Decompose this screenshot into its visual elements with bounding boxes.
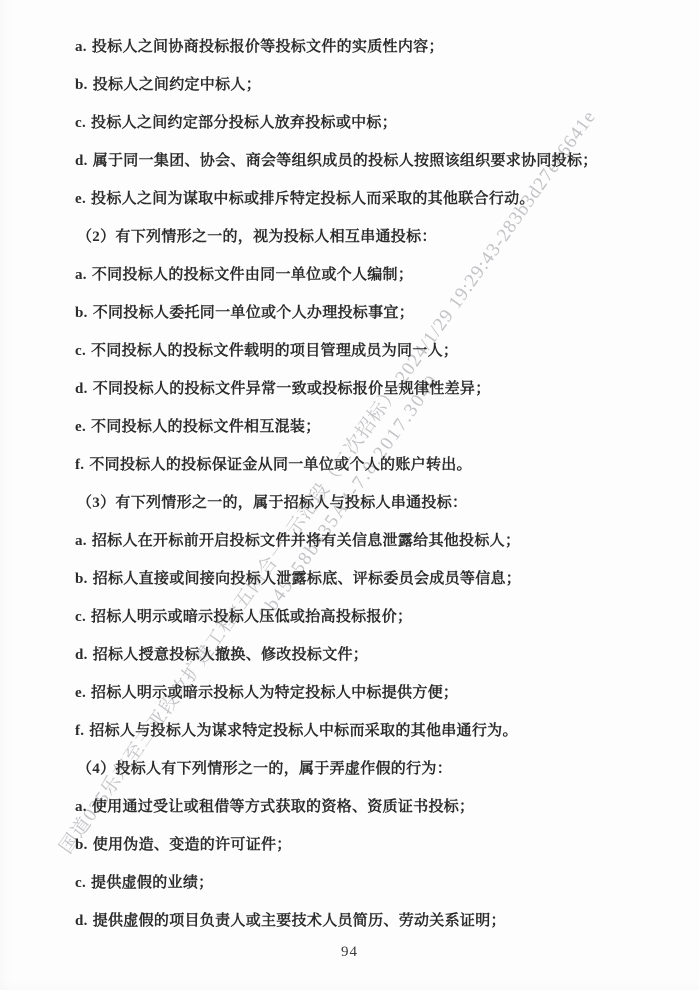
item-label: a. bbox=[75, 799, 87, 815]
section-heading: （3）有下列情形之一的，属于招标人与投标人串通投标： bbox=[75, 484, 663, 522]
item-text: 提供虚假的业绩； bbox=[91, 875, 213, 891]
item-label: c. bbox=[75, 115, 86, 131]
list-item: c.投标人之间约定部分投标人放弃投标或中标； bbox=[75, 104, 663, 142]
item-text: （3）有下列情形之一的，属于招标人与投标人串通投标： bbox=[77, 495, 467, 511]
list-item: b.使用伪造、变造的许可证件； bbox=[75, 826, 663, 864]
item-label: b. bbox=[75, 571, 88, 587]
list-item: a.招标人在开标前开启投标文件并将有关信息泄露给其他投标人； bbox=[75, 522, 663, 560]
list-item: b.投标人之间约定中标人； bbox=[75, 66, 663, 104]
item-label: e. bbox=[75, 191, 86, 207]
list-item: c.招标人明示或暗示投标人压低或抬高投标报价； bbox=[75, 598, 663, 636]
item-label: f. bbox=[75, 723, 84, 739]
item-label: d. bbox=[75, 381, 88, 397]
item-text: 招标人明示或暗示投标人为特定投标人中标提供方便； bbox=[91, 685, 458, 701]
list-item: e.招标人明示或暗示投标人为特定投标人中标提供方便； bbox=[75, 674, 663, 712]
item-label: d. bbox=[75, 913, 88, 929]
item-label: a. bbox=[75, 533, 87, 549]
item-text: 使用通过受让或租借等方式获取的资格、资质证书投标； bbox=[92, 799, 475, 815]
item-label: a. bbox=[75, 39, 87, 55]
list-item: f.不同投标人的投标保证金从同一单位或个人的账户转出。 bbox=[75, 446, 663, 484]
item-text: 招标人在开标前开启投标文件并将有关信息泄露给其他投标人； bbox=[92, 533, 520, 549]
item-text: 不同投标人的投标文件载明的项目管理成员为同一人； bbox=[91, 343, 458, 359]
item-text: 投标人之间约定部分投标人放弃投标或中标； bbox=[91, 115, 397, 131]
item-text: （4）投标人有下列情形之一的，属于弄虚作假的行为： bbox=[77, 761, 452, 777]
item-text: 招标人与投标人为谋求特定投标人中标而采取的其他串通行为。 bbox=[89, 723, 517, 739]
item-text: 属于同一集团、协会、商会等组织成员的投标人按照该组织要求协同投标； bbox=[93, 153, 598, 169]
item-text: 使用伪造、变造的许可证件； bbox=[93, 837, 292, 853]
list-item: a.使用通过受让或租借等方式获取的资格、资质证书投标； bbox=[75, 788, 663, 826]
list-item: a.投标人之间协商投标报价等投标文件的实质性内容； bbox=[75, 28, 663, 66]
list-item: f.招标人与投标人为谋求特定投标人中标而采取的其他串通行为。 bbox=[75, 712, 663, 750]
item-text: 不同投标人委托同一单位或个人办理投标事宜； bbox=[93, 305, 414, 321]
list-item: c.不同投标人的投标文件载明的项目管理成员为同一人； bbox=[75, 332, 663, 370]
list-item: d.提供虚假的项目负责人或主要技术人员简历、劳动关系证明； bbox=[75, 902, 663, 940]
item-text: 不同投标人的投标文件相互混装； bbox=[91, 419, 321, 435]
list-item: d.不同投标人的投标文件异常一致或投标报价呈规律性差异； bbox=[75, 370, 663, 408]
item-label: c. bbox=[75, 609, 86, 625]
list-item: d.属于同一集团、协会、商会等组织成员的投标人按照该组织要求协同投标； bbox=[75, 142, 663, 180]
item-text: 不同投标人的投标文件由同一单位或个人编制； bbox=[92, 267, 413, 283]
item-text: 招标人直接或间接向投标人泄露标底、评标委员会成员等信息； bbox=[93, 571, 521, 587]
item-text: 投标人之间为谋取中标或排斥特定投标人而采取的其他联合行动。 bbox=[91, 191, 535, 207]
item-label: b. bbox=[75, 837, 88, 853]
item-text: 不同投标人的投标文件异常一致或投标报价呈规律性差异； bbox=[93, 381, 491, 397]
item-label: f. bbox=[75, 457, 84, 473]
item-label: a. bbox=[75, 267, 87, 283]
item-label: d. bbox=[75, 647, 88, 663]
item-text: （2）有下列情形之一的，视为投标人相互串通投标： bbox=[77, 229, 437, 245]
list-item: c.提供虚假的业绩； bbox=[75, 864, 663, 902]
item-text: 投标人之间约定中标人； bbox=[93, 77, 261, 93]
document-body: a.投标人之间协商投标报价等投标文件的实质性内容；b.投标人之间约定中标人；c.… bbox=[75, 28, 663, 940]
section-heading: （4）投标人有下列情形之一的，属于弄虚作假的行为： bbox=[75, 750, 663, 788]
list-item: a.不同投标人的投标文件由同一单位或个人编制； bbox=[75, 256, 663, 294]
item-text: 投标人之间协商投标报价等投标文件的实质性内容； bbox=[92, 39, 444, 55]
page-number: 94 bbox=[0, 944, 699, 961]
item-text: 提供虚假的项目负责人或主要技术人员简历、劳动关系证明； bbox=[93, 913, 506, 929]
item-text: 招标人明示或暗示投标人压低或抬高投标报价； bbox=[91, 609, 412, 625]
list-item: e.不同投标人的投标文件相互混装； bbox=[75, 408, 663, 446]
item-label: b. bbox=[75, 305, 88, 321]
item-label: e. bbox=[75, 419, 86, 435]
document-page: 国道025乐东至三亚段改扩建工程“五网合一”示范段（二次招标）-2024/1/2… bbox=[0, 0, 699, 990]
list-item: d.招标人授意投标人撤换、修改投标文件； bbox=[75, 636, 663, 674]
item-label: e. bbox=[75, 685, 86, 701]
item-label: b. bbox=[75, 77, 88, 93]
item-text: 招标人授意投标人撤换、修改投标文件； bbox=[93, 647, 368, 663]
item-label: c. bbox=[75, 343, 86, 359]
list-item: b.不同投标人委托同一单位或个人办理投标事宜； bbox=[75, 294, 663, 332]
item-label: d. bbox=[75, 153, 88, 169]
list-item: b.招标人直接或间接向投标人泄露标底、评标委员会成员等信息； bbox=[75, 560, 663, 598]
item-text: 不同投标人的投标保证金从同一单位或个人的账户转出。 bbox=[89, 457, 472, 473]
section-heading: （2）有下列情形之一的，视为投标人相互串通投标： bbox=[75, 218, 663, 256]
list-item: e.投标人之间为谋取中标或排斥特定投标人而采取的其他联合行动。 bbox=[75, 180, 663, 218]
item-label: c. bbox=[75, 875, 86, 891]
